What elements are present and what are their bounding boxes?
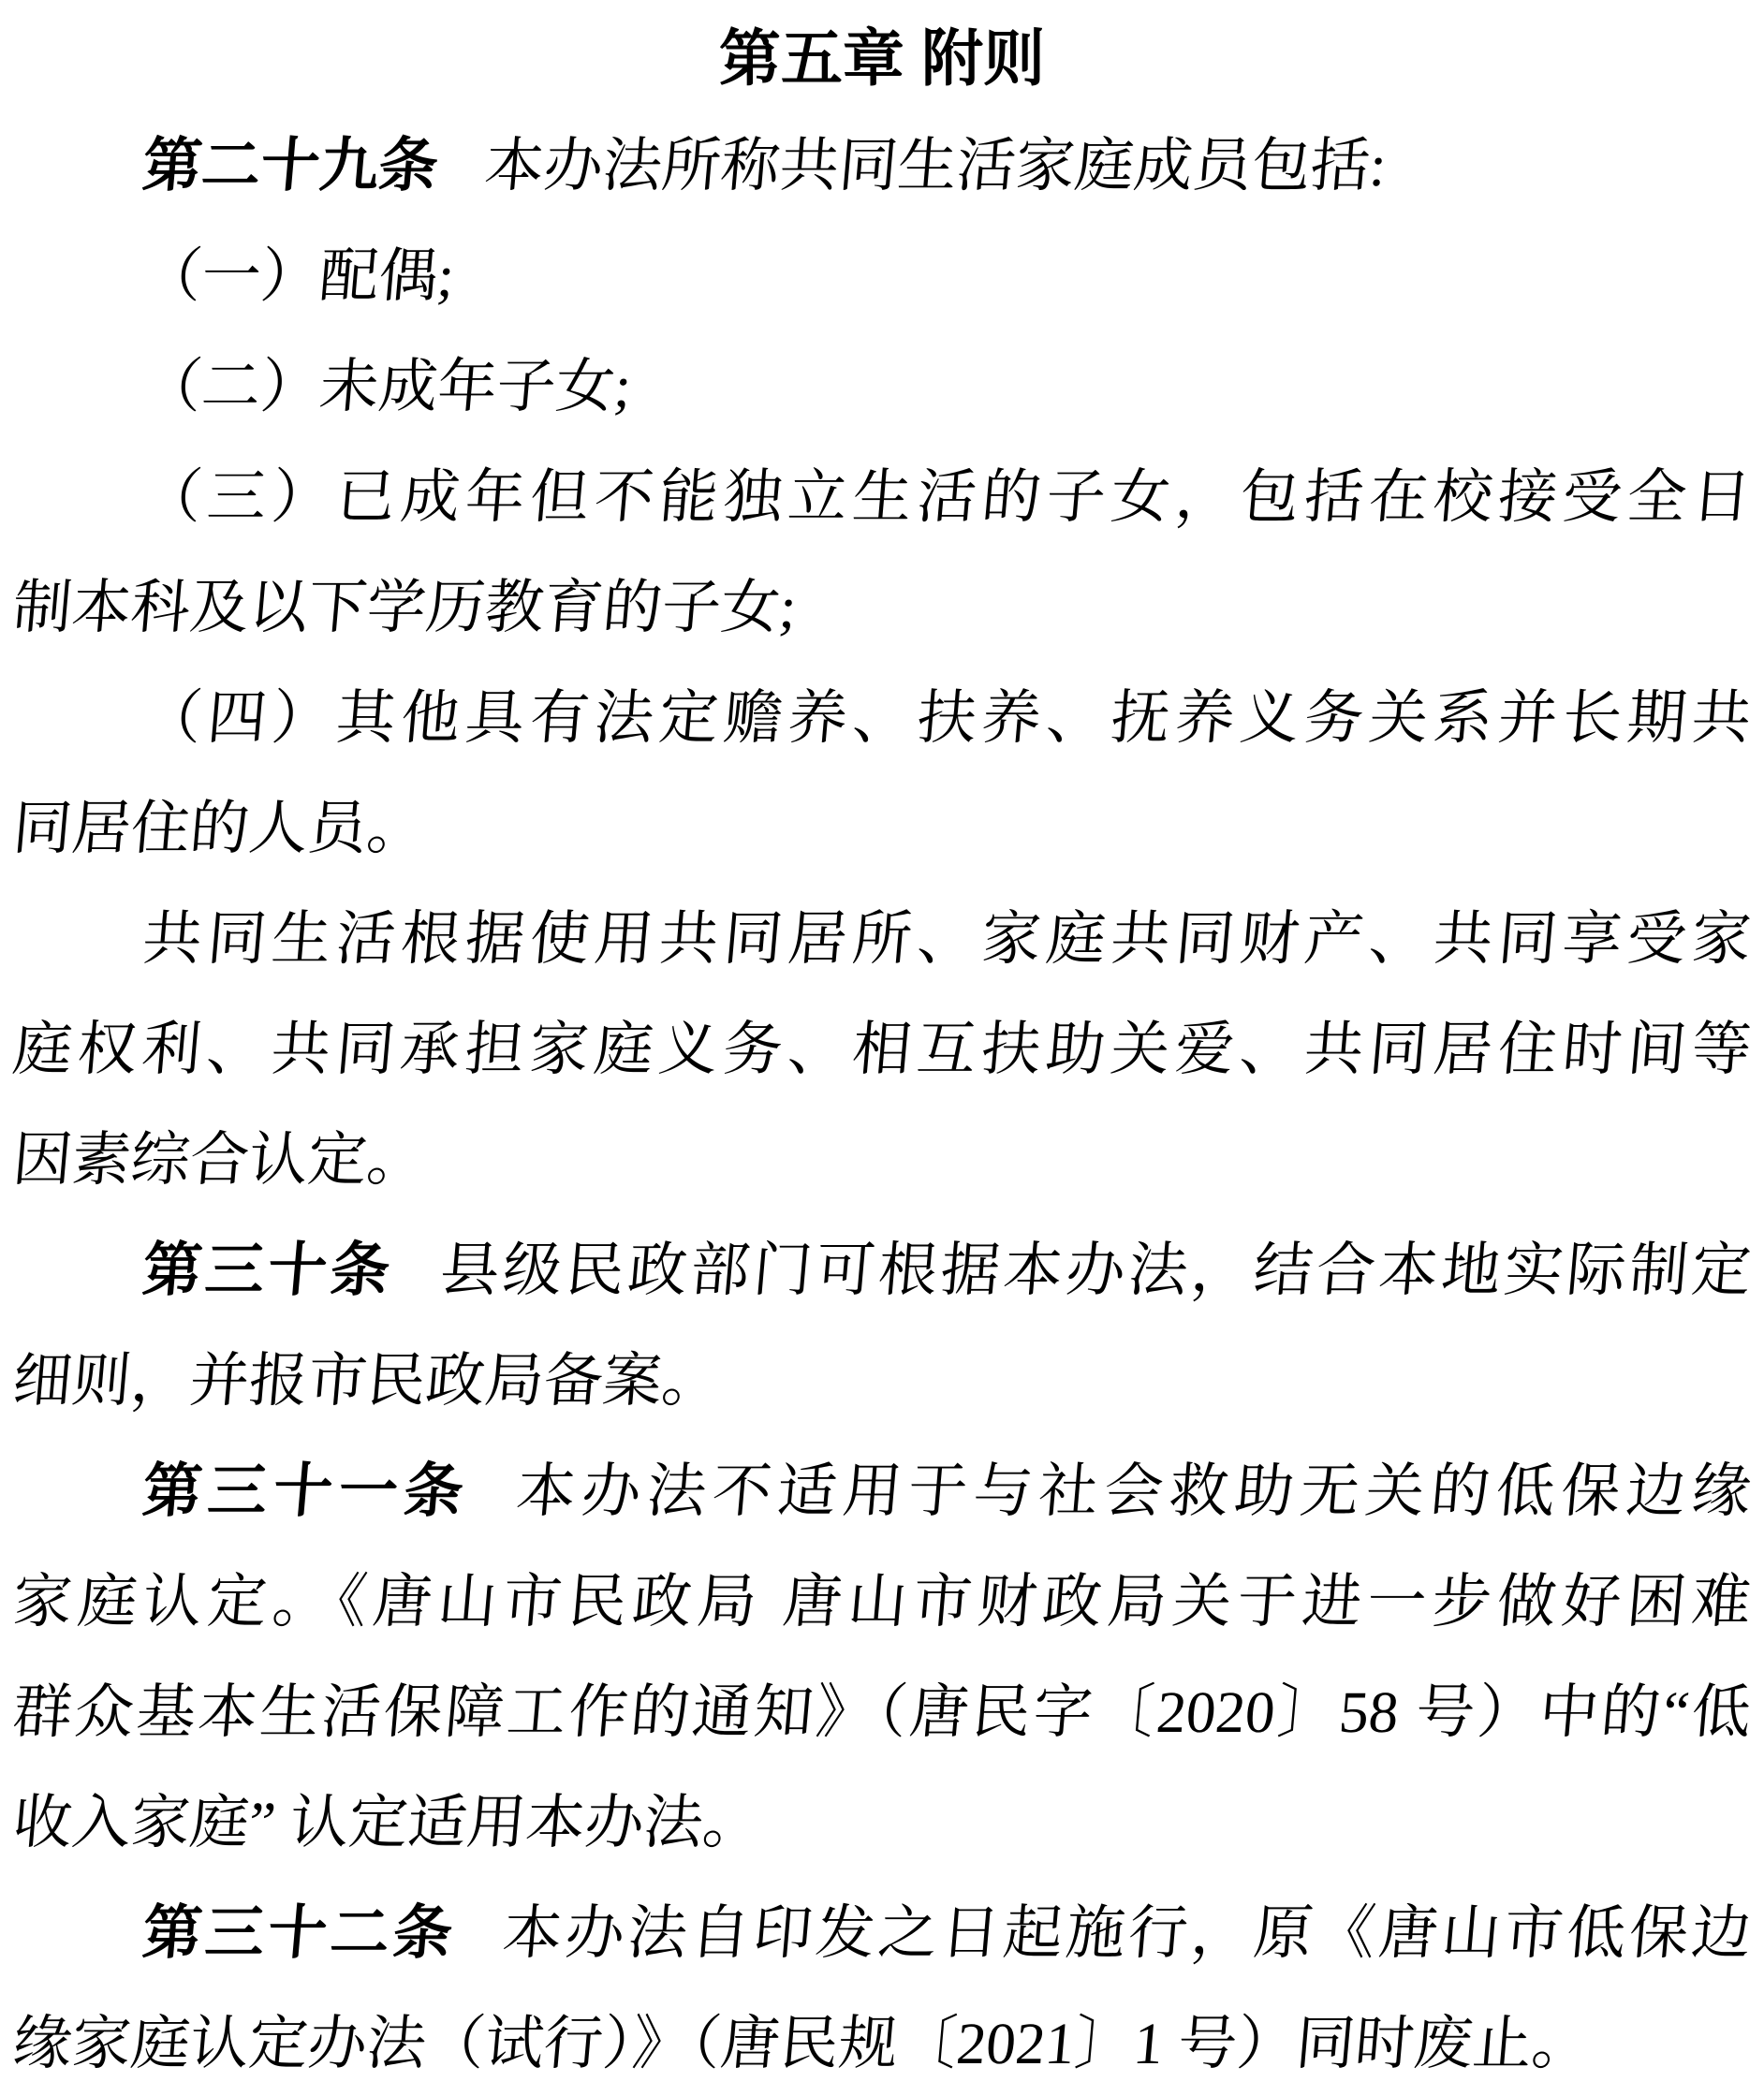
text-line: （四）其他具有法定赡养、扶养、抚养义务关系并长期共 [8, 663, 1756, 773]
joint-living-criteria-paragraph: 共同生活根据使用共同居所、家庭共同财产、共同享受家 庭权利、共同承担家庭义务、相… [13, 884, 1751, 1215]
text-run: 庭权利、共同承担家庭义务、相互扶助关爱、共同居住时间等 [10, 1017, 1754, 1082]
text-line: 收入家庭” 认定适用本办法。 [8, 1767, 1756, 1878]
text-line: 群众基本生活保障工作的通知》（唐民字〔2020〕58 号）中的“低 [8, 1657, 1756, 1767]
text-run: （四）其他具有法定赡养、扶养、抚养义务关系并长期共 [140, 685, 1755, 751]
article-number-label: 第三十条 [140, 1238, 396, 1303]
article-number-label: 第二十九条 [140, 133, 441, 198]
text-run: 制本科及以下学历教育的子女; [10, 575, 800, 640]
text-line: 第二十九条本办法所称共同生活家庭成员包括: [8, 110, 1756, 221]
text-run: （三）已成年但不能独立生活的子女，包括在校接受全日 [140, 464, 1755, 530]
text-line: 第三十一条本办法不适用于与社会救助无关的低保边缘 [8, 1436, 1756, 1546]
text-run: 共同生活根据使用共同居所、家庭共同财产、共同享受家 [140, 906, 1755, 972]
item-3-paragraph: （三）已成年但不能独立生活的子女，包括在校接受全日 制本科及以下学历教育的子女; [13, 442, 1751, 663]
text-run: （二）未成年子女; [140, 354, 635, 419]
chapter-title: 第五章 附则 [13, 6, 1751, 110]
item-1-paragraph: （一）配偶; [13, 221, 1751, 331]
text-line: 制本科及以下学历教育的子女; [8, 552, 1756, 663]
text-line: 第三十条县级民政部门可根据本办法，结合本地实际制定 [8, 1215, 1756, 1326]
text-run: 群众基本生活保障工作的通知》（唐民字〔2020〕58 号）中的“低 [10, 1679, 1754, 1745]
text-line: 家庭认定。《唐山市民政局 唐山市财政局关于进一步做好困难 [8, 1546, 1756, 1657]
article-29-paragraph: 第二十九条本办法所称共同生活家庭成员包括: [13, 110, 1751, 221]
document-page: 第五章 附则 第二十九条本办法所称共同生活家庭成员包括: （一）配偶; （二）未… [0, 0, 1764, 2096]
text-line: 缘家庭认定办法（试行）》（唐民规〔2021〕1 号）同时废止。 [8, 1988, 1756, 2096]
item-4-paragraph: （四）其他具有法定赡养、扶养、抚养义务关系并长期共 同居住的人员。 [13, 663, 1751, 884]
text-run: 县级民政部门可根据本办法，结合本地实际制定 [437, 1238, 1754, 1303]
text-run: 缘家庭认定办法（试行）》（唐民规〔2021〕1 号）同时废止。 [10, 2011, 1594, 2076]
text-run: 收入家庭” 认定适用本办法。 [10, 1790, 765, 1855]
text-run: 本办法自印发之日起施行，原《唐山市低保边 [500, 1900, 1754, 1966]
text-run: （一）配偶; [140, 243, 458, 309]
text-run: 细则，并报市民政局备案。 [10, 1348, 724, 1414]
text-line: 第三十二条本办法自印发之日起施行，原《唐山市低保边 [8, 1878, 1756, 1988]
text-line: （一）配偶; [8, 221, 1756, 331]
text-run: 同居住的人员。 [10, 796, 429, 861]
article-number-label: 第三十一条 [140, 1458, 473, 1524]
text-line: 共同生活根据使用共同居所、家庭共同财产、共同享受家 [8, 884, 1756, 994]
article-number-label: 第三十二条 [140, 1900, 459, 1966]
text-run: 本办法不适用于与社会救助无关的低保边缘 [514, 1458, 1754, 1524]
text-run: 本办法所称共同生活家庭成员包括: [482, 133, 1389, 198]
text-run: 因素综合认定。 [10, 1127, 429, 1193]
text-line: （三）已成年但不能独立生活的子女，包括在校接受全日 [8, 442, 1756, 552]
text-line: 庭权利、共同承担家庭义务、相互扶助关爱、共同居住时间等 [8, 994, 1756, 1105]
text-run: 家庭认定。《唐山市民政局 唐山市财政局关于进一步做好困难 [10, 1569, 1754, 1634]
text-line: 因素综合认定。 [8, 1105, 1756, 1215]
article-32-paragraph: 第三十二条本办法自印发之日起施行，原《唐山市低保边 缘家庭认定办法（试行）》（唐… [13, 1878, 1751, 2096]
text-line: 同居住的人员。 [8, 773, 1756, 884]
text-line: （二）未成年子女; [8, 331, 1756, 442]
article-30-paragraph: 第三十条县级民政部门可根据本办法，结合本地实际制定 细则，并报市民政局备案。 [13, 1215, 1751, 1436]
item-2-paragraph: （二）未成年子女; [13, 331, 1751, 442]
text-line: 细则，并报市民政局备案。 [8, 1326, 1756, 1436]
article-31-paragraph: 第三十一条本办法不适用于与社会救助无关的低保边缘 家庭认定。《唐山市民政局 唐山… [13, 1436, 1751, 1878]
